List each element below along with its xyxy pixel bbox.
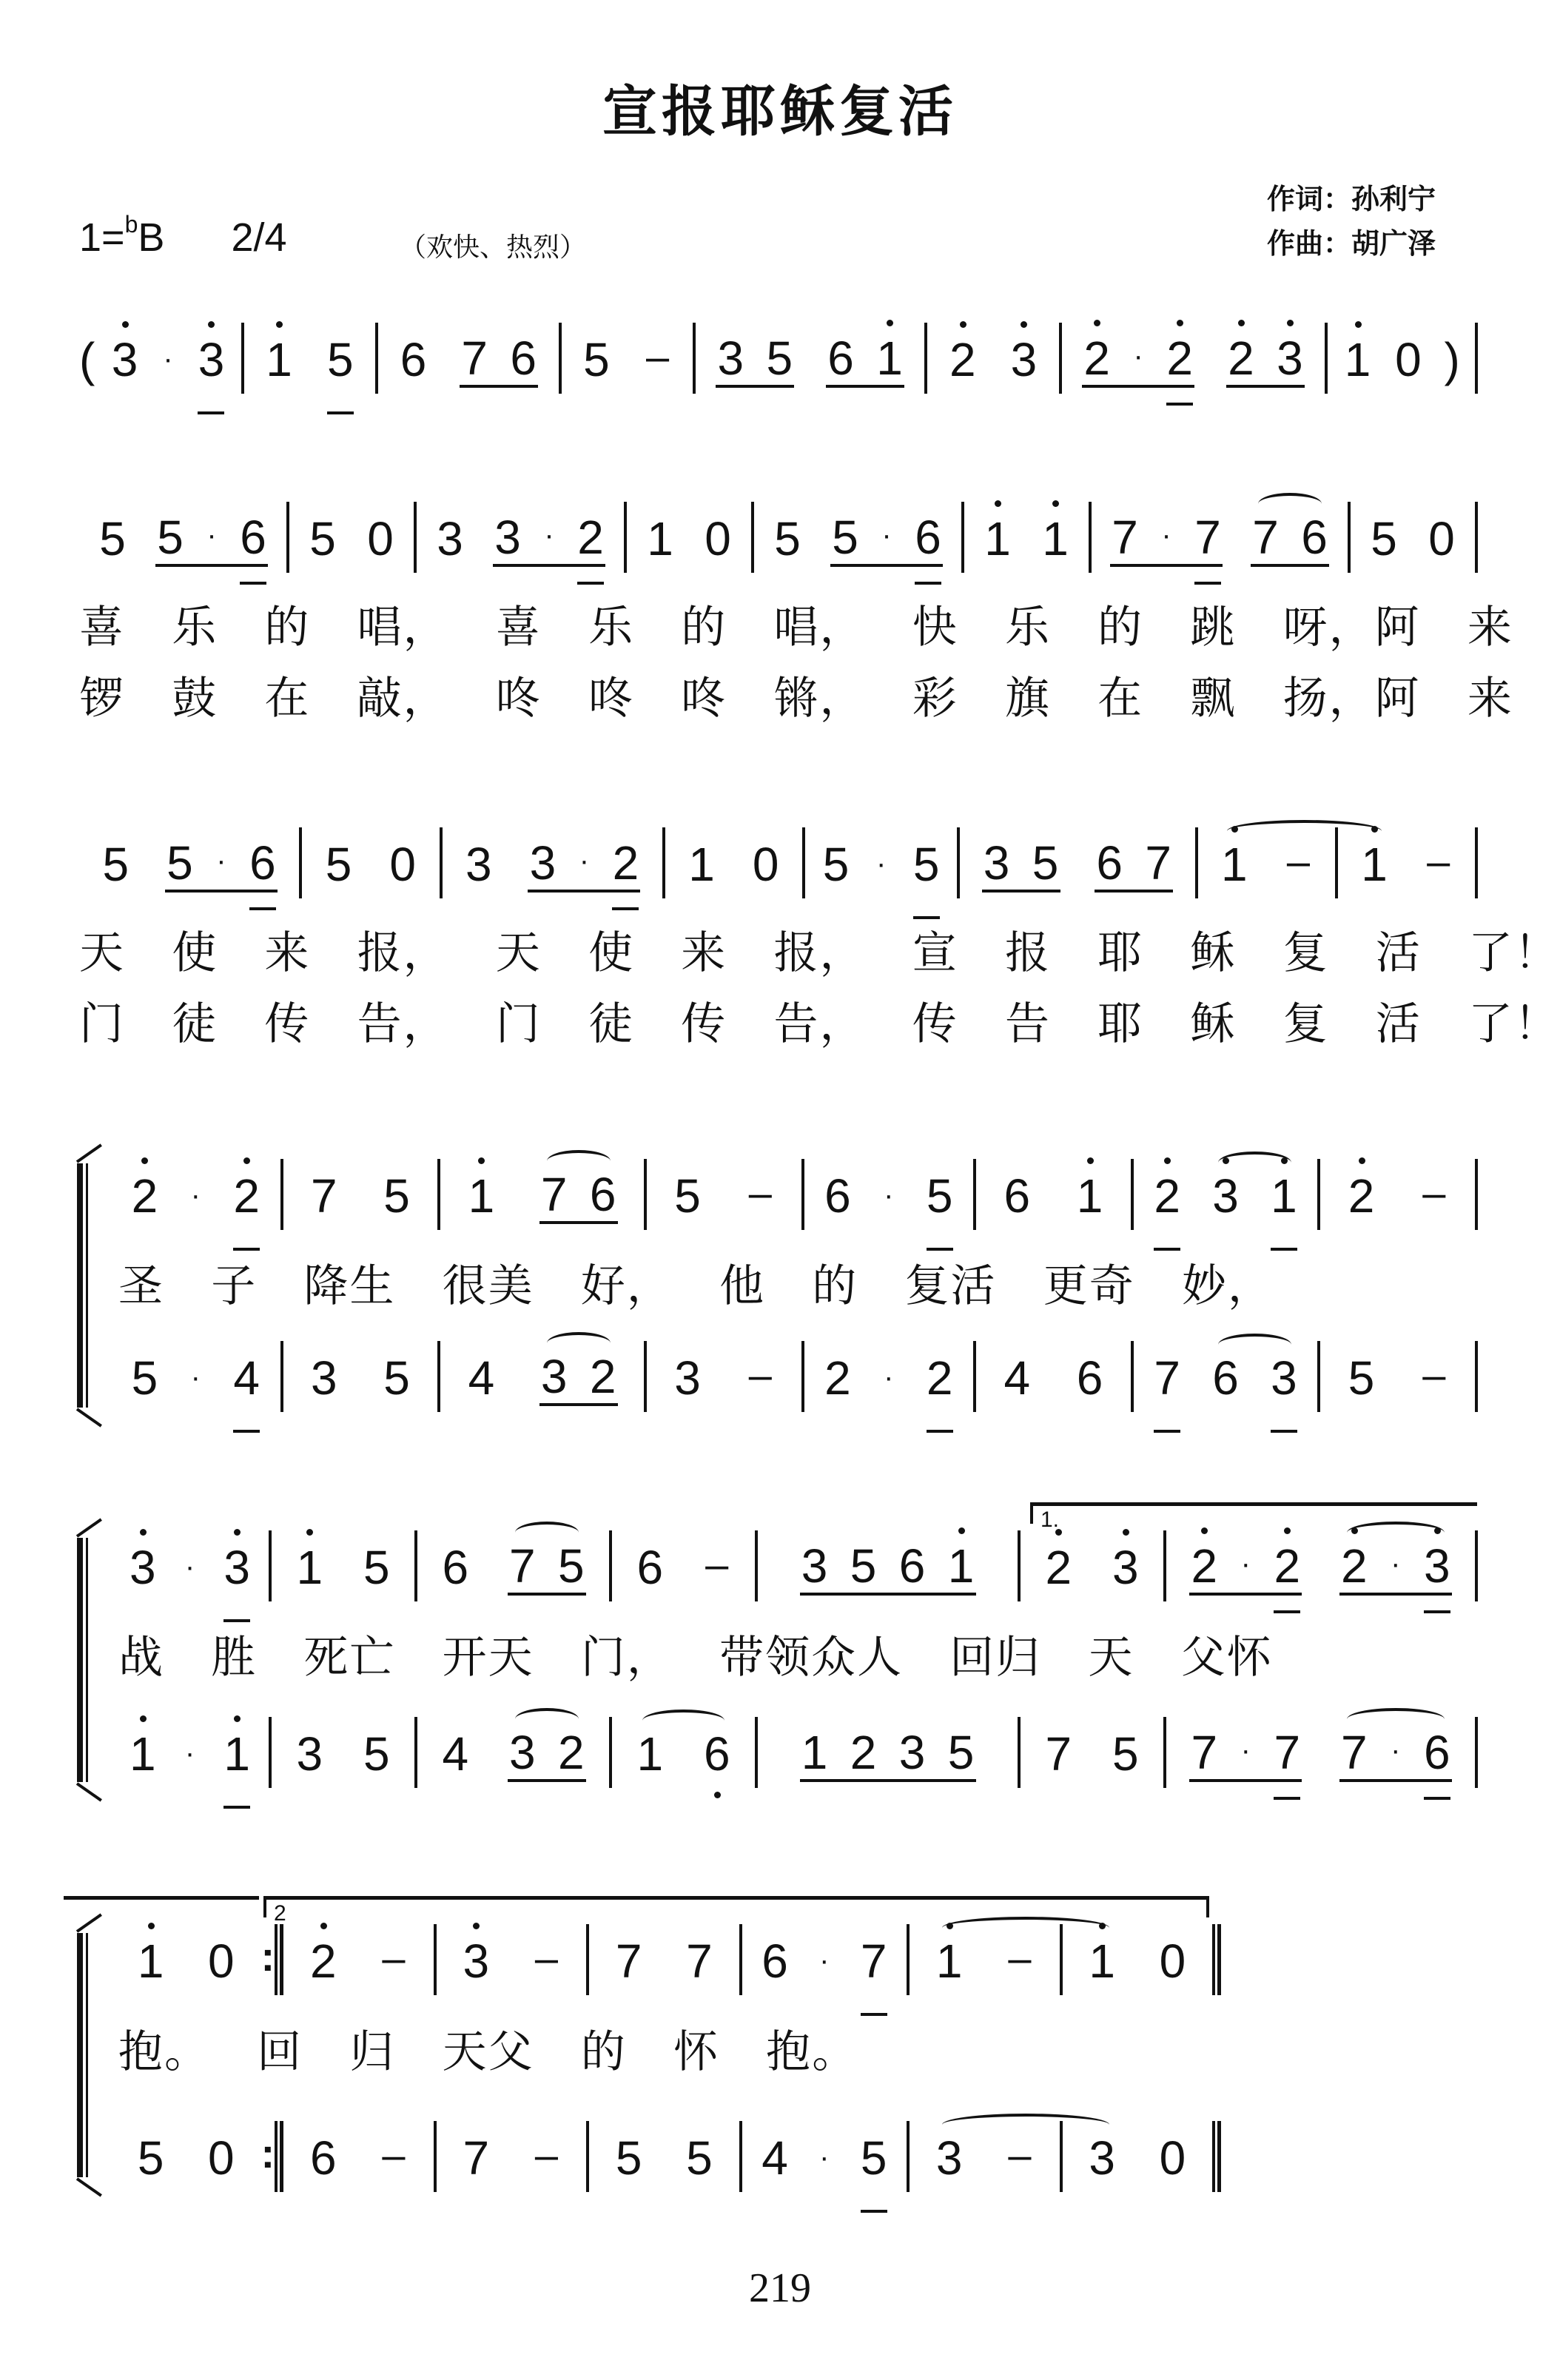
beamed-group: 76	[1251, 514, 1329, 577]
note-digit: 7	[1274, 1726, 1300, 1779]
measure: 3·3	[95, 309, 241, 398]
note-digit: 5	[774, 512, 801, 565]
note: 6	[702, 1730, 732, 1792]
measure: 75	[283, 1146, 438, 1234]
beamed-group: 5·6	[165, 839, 278, 903]
note-digit: 3	[1112, 1541, 1139, 1594]
note: 5	[685, 2134, 714, 2196]
tie-arc	[642, 1710, 724, 1732]
final-barline	[1212, 1924, 1221, 1995]
note-digit: 1	[636, 1727, 663, 1781]
note-digit: 2	[577, 511, 604, 564]
note-digit: 1	[936, 1934, 963, 1988]
note: 5	[130, 1354, 159, 1416]
measure: 6·5	[804, 1146, 974, 1234]
note: 1	[947, 1542, 976, 1590]
augmentation-dot: ·	[214, 844, 229, 887]
note-digit: 5	[1112, 1727, 1139, 1781]
sixteenth-underline	[577, 582, 604, 585]
note-digit: 4	[233, 1351, 260, 1405]
note-digit: 3	[984, 836, 1010, 890]
note: 4	[760, 2134, 790, 2196]
note: 5	[326, 336, 355, 398]
note: 1	[264, 336, 294, 398]
note: 2	[588, 1353, 618, 1400]
note: 5	[614, 2134, 644, 2196]
high-octave-dot	[141, 1157, 148, 1164]
brace-bottom-hook	[76, 1782, 102, 1801]
note: 3	[435, 515, 465, 577]
note: 2	[1347, 1172, 1376, 1234]
high-octave-dot	[1164, 1157, 1171, 1164]
measure: 2·223	[1062, 309, 1325, 398]
note: 2	[948, 336, 978, 398]
brace-top-hook	[76, 1143, 102, 1163]
measure: 23	[1021, 1517, 1163, 1606]
note-digit: 2	[1154, 1169, 1180, 1223]
note: 6	[1211, 1354, 1240, 1416]
measure: 3–	[647, 1328, 801, 1416]
note-digit: 7	[1194, 511, 1221, 564]
note: 7	[614, 1937, 644, 2000]
chorus-b-lower: 1·135432161235757·77·6	[111, 1704, 1478, 1792]
note: 7	[461, 2134, 491, 2196]
note-digit: 5	[327, 333, 354, 386]
sixteenth-underline	[612, 907, 639, 910]
measure: 35	[272, 1704, 414, 1792]
note: 2	[1189, 1542, 1219, 1590]
note: 7	[1110, 514, 1140, 561]
note-digit: 5	[383, 1351, 410, 1405]
high-octave-dot	[276, 321, 283, 328]
system-brace	[77, 1163, 102, 1408]
note-digit: 1	[130, 1727, 156, 1781]
brace-top-hook	[76, 1518, 102, 1537]
note: 3	[716, 335, 745, 382]
note-digit: 5	[1032, 836, 1059, 890]
repeat-barline	[275, 2121, 283, 2192]
measure: 2–	[283, 1911, 433, 2000]
note-digit: 6	[915, 511, 941, 564]
augmentation-dot: ·	[1388, 1734, 1403, 1776]
key-prefix: 1=	[79, 215, 125, 260]
tie-arc	[515, 1522, 579, 1544]
augmentation-dot: ·	[817, 1944, 832, 2000]
note-digit: 6	[1424, 1726, 1450, 1779]
tie-arc	[1347, 1522, 1445, 1544]
note: 5	[1031, 839, 1060, 887]
augmentation-dot: ·	[188, 1179, 203, 1234]
eighth-underline	[165, 890, 278, 892]
note: 7	[685, 1937, 714, 2000]
note-digit: 3	[112, 333, 138, 386]
note-digit: 3	[718, 332, 744, 385]
key-signature: 1=bB 2/4	[79, 215, 287, 260]
augmentation-dot: ·	[188, 1361, 203, 1416]
note: 5	[557, 1542, 586, 1590]
high-octave-dot	[306, 1529, 313, 1536]
note: 5	[382, 1354, 411, 1416]
note-digit: 3	[311, 1351, 337, 1405]
barline	[1475, 323, 1478, 394]
note-digit: 5	[767, 332, 793, 385]
note: 7	[1043, 1730, 1073, 1792]
tie-arc	[547, 1332, 611, 1354]
lyric-verse1: 喜 乐 的 唱， 喜 乐 的 唱， 快 乐 的 跳 呀，阿 来 路 亚！	[79, 592, 1560, 656]
note-digit: 1	[138, 1934, 164, 1988]
note-digit: 2	[1166, 332, 1193, 385]
note: 1	[687, 841, 716, 903]
note-digit: 1	[801, 1726, 828, 1779]
sixteenth-underline	[915, 582, 941, 585]
note-digit: 6	[1096, 836, 1123, 890]
note: 3	[295, 1730, 324, 1792]
eighth-underline	[830, 564, 943, 567]
hold-dash: –	[379, 1934, 409, 2000]
note: 0	[366, 515, 395, 577]
note: 4	[440, 1730, 470, 1792]
eighth-underline	[861, 2013, 887, 2016]
beamed-group: 2·2	[1082, 335, 1194, 398]
note-digit: 5	[363, 1727, 390, 1781]
note: 2	[130, 1172, 159, 1234]
note: 3	[196, 336, 226, 398]
note-digit: 5	[309, 512, 336, 565]
high-octave-dot	[140, 1529, 147, 1536]
note-digit: 6	[824, 1169, 851, 1223]
augmentation-dot: ·	[817, 2141, 832, 2196]
high-octave-dot	[234, 1715, 241, 1722]
note: 0	[388, 841, 417, 903]
barline	[1475, 827, 1478, 898]
note: 3	[1269, 1354, 1299, 1416]
note-digit: 5	[927, 1169, 953, 1223]
note: 2	[1339, 1542, 1369, 1590]
note: 2	[1043, 1544, 1073, 1606]
final-barline	[1212, 2121, 1221, 2192]
note-digit: 5	[138, 2131, 164, 2185]
note-digit: 0	[208, 2131, 235, 2185]
note-digit: 5	[674, 1169, 701, 1223]
note: 3	[464, 841, 494, 903]
note: 2	[823, 1354, 853, 1416]
eighth-underline	[155, 564, 268, 567]
eighth-underline	[1082, 385, 1194, 388]
beamed-group: 75	[508, 1542, 586, 1606]
note: 5	[773, 515, 802, 577]
note: 6	[1095, 839, 1124, 887]
note-digit: 3	[1089, 2131, 1115, 2185]
note-digit: 3	[130, 1541, 156, 1594]
note-digit: 5	[583, 333, 610, 386]
high-octave-dot	[1284, 1527, 1291, 1534]
note-digit: 0	[367, 512, 394, 565]
high-octave-dot	[473, 1923, 480, 1929]
beamed-group: 5·6	[830, 514, 943, 577]
high-octave-dot	[887, 320, 893, 326]
note: 7	[1339, 1729, 1369, 1776]
close-paren: )	[1444, 336, 1459, 383]
eighth-underline	[1110, 564, 1223, 567]
note: 3	[128, 1544, 158, 1606]
page-number: 219	[0, 2265, 1560, 2312]
high-octave-dot	[234, 1529, 241, 1536]
note: 2	[925, 1354, 955, 1416]
note: 5	[830, 514, 860, 561]
note-digit: 6	[899, 1539, 926, 1593]
measure: 2·2	[804, 1328, 974, 1416]
note-digit: 7	[509, 1539, 536, 1593]
lyric-verse1: 天 使 来 报， 天 使 来 报， 宣 报 耶 稣 复 活 了！	[79, 918, 1560, 981]
eighth-underline	[716, 385, 794, 388]
note-digit: 6	[761, 1934, 788, 1988]
sixteenth-underline	[1274, 1610, 1300, 1613]
measure: 46	[976, 1328, 1131, 1416]
note-digit: 5	[326, 838, 352, 891]
beamed-group: 32	[539, 1353, 618, 1416]
note: 3	[1211, 1172, 1240, 1234]
note-digit: 1	[647, 512, 673, 565]
high-octave-dot	[1123, 1529, 1129, 1536]
note-digit: 3	[223, 1541, 250, 1594]
note-digit: 5	[832, 511, 858, 564]
note: 1	[1343, 336, 1373, 398]
note-digit: 5	[167, 836, 193, 890]
eighth-underline	[508, 1779, 586, 1782]
measure: 50	[1351, 488, 1475, 577]
high-octave-dot	[1055, 1529, 1062, 1536]
note: 1	[983, 515, 1012, 577]
eighth-underline	[223, 1806, 250, 1809]
note-digit: 4	[761, 2131, 788, 2185]
eighth-underline	[539, 1403, 618, 1406]
high-octave-dot	[958, 1527, 965, 1534]
measure: 432	[440, 1328, 644, 1416]
high-octave-dot	[320, 1923, 327, 1929]
sixteenth-underline	[1424, 1610, 1450, 1613]
note-digit: 3	[1271, 1351, 1297, 1405]
augmentation-dot: ·	[542, 519, 557, 561]
note-digit: 7	[1145, 836, 1171, 890]
beamed-group: 32	[508, 1729, 586, 1792]
note: 5	[849, 1542, 878, 1590]
lyric-chorus: 战 胜 死亡 开天 门， 带领众人 回归 天 父怀	[118, 1622, 1273, 1686]
low-octave-dot	[714, 1792, 721, 1798]
note: 0	[206, 1937, 236, 2000]
note: 2	[1082, 335, 1112, 382]
note: 7	[1272, 1729, 1302, 1776]
measure: 11	[964, 488, 1089, 577]
high-octave-dot	[1021, 321, 1027, 328]
measure: 3–	[437, 1911, 586, 2000]
note-digit: 7	[1045, 1727, 1072, 1781]
note-digit: 1	[688, 838, 715, 891]
note-digit: 1	[1221, 838, 1248, 891]
note-digit: 6	[310, 2131, 337, 2185]
note: 1	[1269, 1172, 1299, 1234]
high-octave-dot	[995, 500, 1001, 507]
eighth-underline	[198, 411, 224, 414]
note-digit: 6	[400, 333, 427, 386]
note: 1	[1075, 1172, 1105, 1234]
note: 3	[461, 1937, 491, 2000]
hold-dash: –	[1283, 837, 1313, 903]
note: 3	[898, 1729, 927, 1776]
high-octave-dot	[1201, 1527, 1208, 1534]
brace-bottom-hook	[76, 2177, 102, 2196]
sixteenth-underline	[1274, 1797, 1300, 1800]
hold-dash: –	[1419, 1351, 1449, 1416]
note: 3	[673, 1354, 702, 1416]
high-octave-dot	[208, 321, 215, 328]
sixteenth-underline	[1166, 403, 1193, 406]
measure: 15	[244, 309, 375, 398]
tie-arc	[1227, 820, 1382, 842]
measure: 5–	[647, 1146, 801, 1234]
note-digit: 3	[463, 1934, 489, 1988]
note: 2	[611, 839, 640, 887]
note: 6	[238, 514, 268, 561]
measure: 15	[272, 1517, 414, 1606]
tie-arc	[547, 1150, 611, 1172]
time-signature: 2/4	[231, 215, 286, 260]
note: 5	[821, 841, 851, 903]
note-digit: 1	[984, 512, 1011, 565]
note: 2	[1226, 335, 1256, 382]
note: 6	[440, 1544, 470, 1606]
note: 5	[308, 515, 337, 577]
note: 3	[982, 839, 1012, 887]
note-digit: 2	[558, 1726, 585, 1779]
repeat-sign: :	[260, 2133, 275, 2174]
note: 4	[1002, 1354, 1032, 1416]
note-digit: 3	[296, 1727, 323, 1781]
note: 5	[324, 841, 354, 903]
note: 5	[1369, 515, 1399, 577]
barline	[1475, 1159, 1478, 1230]
measure: 33·2	[417, 488, 624, 577]
note: 3	[110, 336, 140, 398]
high-octave-dot	[148, 1923, 155, 1929]
note-digit: 2	[927, 1351, 953, 1405]
note: 6	[823, 1172, 853, 1234]
note-digit: 5	[103, 838, 130, 891]
note: 4	[232, 1354, 261, 1416]
system-brace	[77, 1933, 102, 2177]
note-digit: 1	[1077, 1169, 1103, 1223]
augmentation-dot: ·	[1388, 1547, 1403, 1590]
augmentation-dot: ·	[879, 519, 894, 561]
measure: 10)	[1328, 309, 1475, 398]
measure: 5·4	[111, 1328, 280, 1416]
hold-dash: –	[745, 1169, 775, 1234]
note: 3	[493, 514, 522, 561]
tie-arc	[1218, 1152, 1291, 1174]
note-digit: 1	[1345, 333, 1371, 386]
note: 5	[98, 515, 127, 577]
note-digit: 2	[1045, 1541, 1072, 1594]
note: 5	[582, 336, 611, 398]
note-digit: 3	[674, 1351, 701, 1405]
eighth-underline	[800, 1593, 976, 1596]
note: 5	[362, 1730, 391, 1792]
beamed-group: 76	[539, 1171, 618, 1234]
beamed-group: 35	[716, 335, 794, 398]
tie-arc	[1218, 1334, 1291, 1356]
note-digit: 3	[936, 2131, 963, 2185]
note-digit: 3	[1277, 332, 1303, 385]
high-octave-dot	[1087, 1157, 1094, 1164]
note: 1	[1087, 1937, 1117, 2000]
augmentation-dot: ·	[881, 1361, 896, 1416]
note: 3	[1111, 1544, 1140, 1606]
note-digit: 2	[1191, 1539, 1217, 1593]
note-digit: 3	[1212, 1169, 1239, 1223]
note: 1	[128, 1730, 158, 1792]
note: 6	[635, 1544, 665, 1606]
note-digit: 3	[465, 838, 492, 891]
note: 7	[1143, 839, 1173, 887]
beamed-group: 7·7	[1110, 514, 1223, 577]
measure: 55·6	[754, 488, 961, 577]
note: 2	[1152, 1172, 1182, 1234]
note: 7	[539, 1171, 569, 1218]
brace-bottom-hook	[76, 1408, 102, 1427]
note: 1	[1220, 841, 1249, 903]
beamed-group: 2·3	[1339, 1542, 1452, 1606]
barline	[1475, 1717, 1478, 1788]
note: 3	[309, 1354, 339, 1416]
note-digit: 7	[463, 2131, 489, 2185]
hold-dash: –	[531, 2131, 561, 2196]
note-digit: 5	[861, 2131, 887, 2185]
note: 6	[248, 839, 278, 887]
note: 5	[1347, 1354, 1376, 1416]
note: 7	[309, 1172, 339, 1234]
hold-dash: –	[702, 1540, 732, 1606]
note: 3	[1275, 335, 1305, 382]
note: 3	[539, 1353, 569, 1400]
intro-line: (3·3156765–3561232·22310)	[79, 309, 1478, 398]
note: 5	[101, 841, 130, 903]
eighth-underline	[1271, 1248, 1297, 1251]
note-digit: 6	[1077, 1351, 1103, 1405]
note-digit: 5	[157, 511, 184, 564]
note-digit: 2	[1341, 1539, 1368, 1593]
note: 2	[1165, 335, 1194, 382]
note-digit: 1	[266, 333, 292, 386]
note-digit: 3	[1011, 333, 1038, 386]
note-digit: 7	[311, 1169, 337, 1223]
measure: 10	[627, 488, 751, 577]
note: 1	[800, 1729, 830, 1776]
note-digit: 6	[1212, 1351, 1239, 1405]
barline	[1475, 1530, 1478, 1601]
note-digit: 2	[132, 1169, 158, 1223]
measure: 676	[378, 309, 558, 398]
beamed-group: 7·6	[1339, 1729, 1452, 1792]
measure: 5·5	[805, 814, 957, 903]
note-digit: 2	[1083, 332, 1110, 385]
measure: 61	[976, 1146, 1131, 1234]
note-digit: 2	[310, 1934, 337, 1988]
note-digit: 2	[590, 1350, 616, 1403]
measure: 23	[927, 309, 1058, 398]
note: 0	[703, 515, 733, 577]
note: 3	[1087, 2134, 1117, 2196]
note-digit: 7	[1154, 1351, 1180, 1405]
high-octave-dot	[122, 321, 129, 328]
